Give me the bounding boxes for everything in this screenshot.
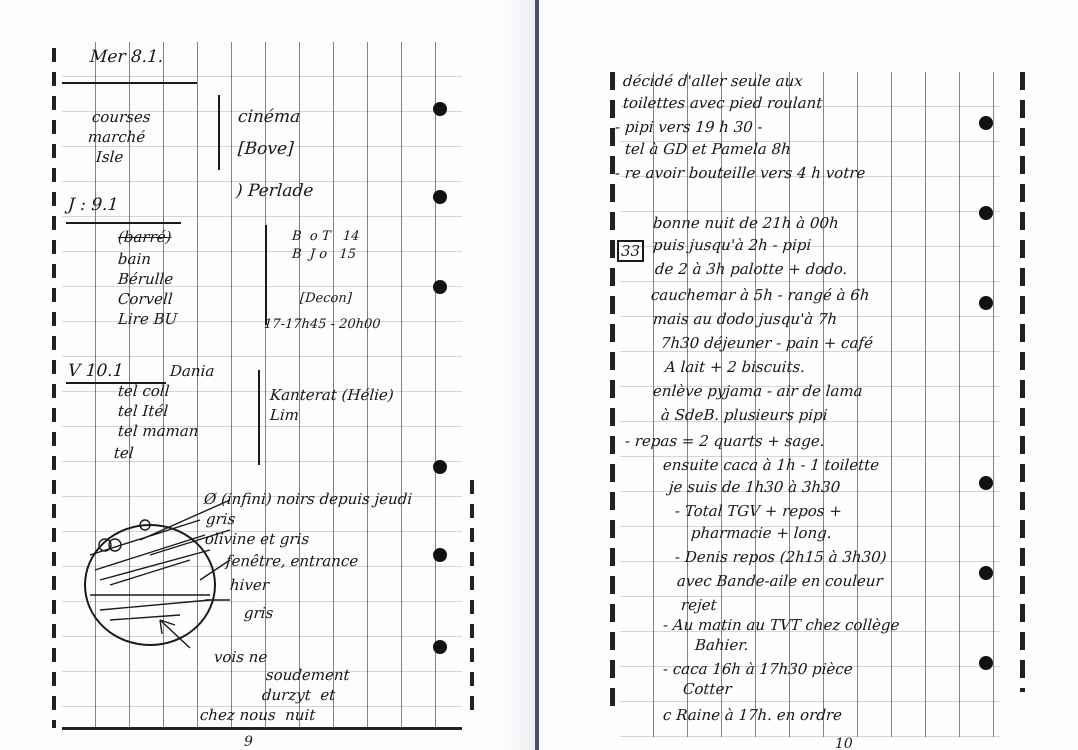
journal-line: - Total TGV + repos + <box>674 502 842 520</box>
note-line: Ø (infini) noirs depuis jeudi <box>203 490 412 508</box>
page-margin-dashes-right <box>470 480 474 720</box>
journal-line: Bahier. <box>694 636 749 654</box>
journal-line: rejet <box>680 596 717 614</box>
note-line: durzyt et <box>261 686 336 704</box>
note-line: Corvell <box>117 290 173 308</box>
note-line: Kanterat (Hélie) <box>269 386 394 404</box>
note-line: Isle <box>95 148 124 166</box>
journal-line: - Au matin au TVT chez collège <box>662 616 900 634</box>
column-divider <box>218 95 220 170</box>
note-line: B J o 15 <box>291 246 356 264</box>
note-line: tel maman <box>117 422 199 440</box>
journal-line: ensuite caca à 1h - 1 toilette <box>662 456 879 474</box>
journal-line: enlève pyjama - air de lama <box>652 382 863 400</box>
note-line: vois ne <box>213 648 268 666</box>
day-header-wednesday: Mer 8.1. <box>89 48 164 66</box>
journal-line: avec Bande-aile en couleur <box>676 572 883 590</box>
note-line: gris <box>205 510 236 528</box>
note-line: B o T 14 <box>291 228 360 246</box>
journal-line: - repas = 2 quarts + sage. <box>624 432 825 450</box>
page-margin-dashes <box>52 48 56 728</box>
book-spine <box>535 0 539 750</box>
journal-line: à SdeB. plusieurs pipi <box>660 406 828 424</box>
note-line: marché <box>87 128 146 146</box>
journal-line: toilettes avec pied roulant <box>622 94 823 112</box>
page-number: 9 <box>244 734 253 750</box>
note-line: tel <box>113 444 134 462</box>
binder-hole-icon <box>979 476 993 490</box>
binder-hole-icon <box>433 280 447 294</box>
binder-hole-icon <box>433 102 447 116</box>
window-sketch-drawing <box>80 500 270 650</box>
binder-hole-icon <box>979 206 993 220</box>
binder-hole-icon <box>979 296 993 310</box>
note-line: ) Perlade <box>235 182 314 200</box>
journal-line: A lait + 2 biscuits. <box>664 358 805 376</box>
page-bottom-rule <box>62 727 462 730</box>
note-line: courses <box>91 108 151 126</box>
note-line: Lire BU <box>117 310 178 328</box>
note-line: tel coll <box>117 382 170 400</box>
journal-line: Cotter <box>682 680 732 698</box>
note-line: cinéma <box>237 108 300 126</box>
note-line: [Bove] <box>237 140 294 158</box>
journal-line: - re avoir bouteille vers 4 h votre <box>614 164 866 182</box>
journal-line: c Raine à 17h. en ordre <box>662 706 842 724</box>
journal-line: mais au dodo jusqu'à 7h <box>652 310 837 328</box>
binder-hole-icon <box>979 566 993 580</box>
journal-line: - caca 16h à 17h30 pièce <box>662 660 853 678</box>
journal-line: cauchemar à 5h - rangé à 6h <box>650 286 870 304</box>
header-underline <box>66 222 181 224</box>
binder-hole-icon <box>433 460 447 474</box>
page-number: 10 <box>835 736 853 750</box>
day-header-thursday: J : 9.1 <box>67 196 119 214</box>
journal-line: - pipi vers 19 h 30 - <box>614 118 763 136</box>
column-divider <box>265 225 267 325</box>
note-line: Bérulle <box>117 270 173 288</box>
day-header-friday: V 10.1 <box>67 362 124 380</box>
right-notebook-page: décidé d'aller seule aux toilettes avec … <box>545 0 1078 750</box>
journal-line: puis jusqu'à 2h - pipi <box>652 236 812 254</box>
binder-hole-icon <box>979 656 993 670</box>
binder-hole-icon <box>433 548 447 562</box>
journal-line: bonne nuit de 21h à 00h <box>652 214 839 232</box>
journal-line: je suis de 1h30 à 3h30 <box>668 478 840 496</box>
note-line: fenêtre, entrance <box>225 552 358 570</box>
column-divider <box>258 370 260 465</box>
note-line: [Decon] <box>299 290 352 308</box>
note-line: tel Itél <box>117 402 168 420</box>
note-line: olivine et gris <box>204 530 309 548</box>
note-line: 17-17h45 - 20h00 <box>263 316 381 334</box>
book-gutter-shadow <box>500 0 535 750</box>
journal-line: 7h30 déjeuner - pain + café <box>660 334 873 352</box>
note-line: chez nous nuit <box>199 706 316 724</box>
binder-hole-icon <box>433 190 447 204</box>
note-line: Dania <box>169 362 215 380</box>
journal-line: pharmacie + long. <box>690 524 832 542</box>
left-notebook-page: Mer 8.1. courses marché Isle cinéma [Bov… <box>0 0 530 750</box>
entry-number-box: 33 <box>617 240 644 262</box>
journal-line: de 2 à 3h palotte + dodo. <box>654 260 848 278</box>
note-line: bain <box>117 250 151 268</box>
binder-hole-icon <box>433 640 447 654</box>
note-line-struck: (barré) <box>117 228 172 246</box>
journal-line: décidé d'aller seule aux <box>622 72 803 90</box>
page-margin-dashes <box>610 72 615 712</box>
journal-line: - Denis repos (2h15 à 3h30) <box>674 548 887 566</box>
note-line: gris <box>243 604 274 622</box>
journal-line: tel à GD et Pamela 8h <box>624 140 791 158</box>
note-line: hiver <box>229 576 269 594</box>
binder-hole-icon <box>979 116 993 130</box>
note-line: Lim <box>269 406 299 424</box>
header-underline <box>62 82 197 84</box>
note-line: soudement <box>265 666 350 684</box>
page-margin-dashes-right <box>1020 72 1025 692</box>
